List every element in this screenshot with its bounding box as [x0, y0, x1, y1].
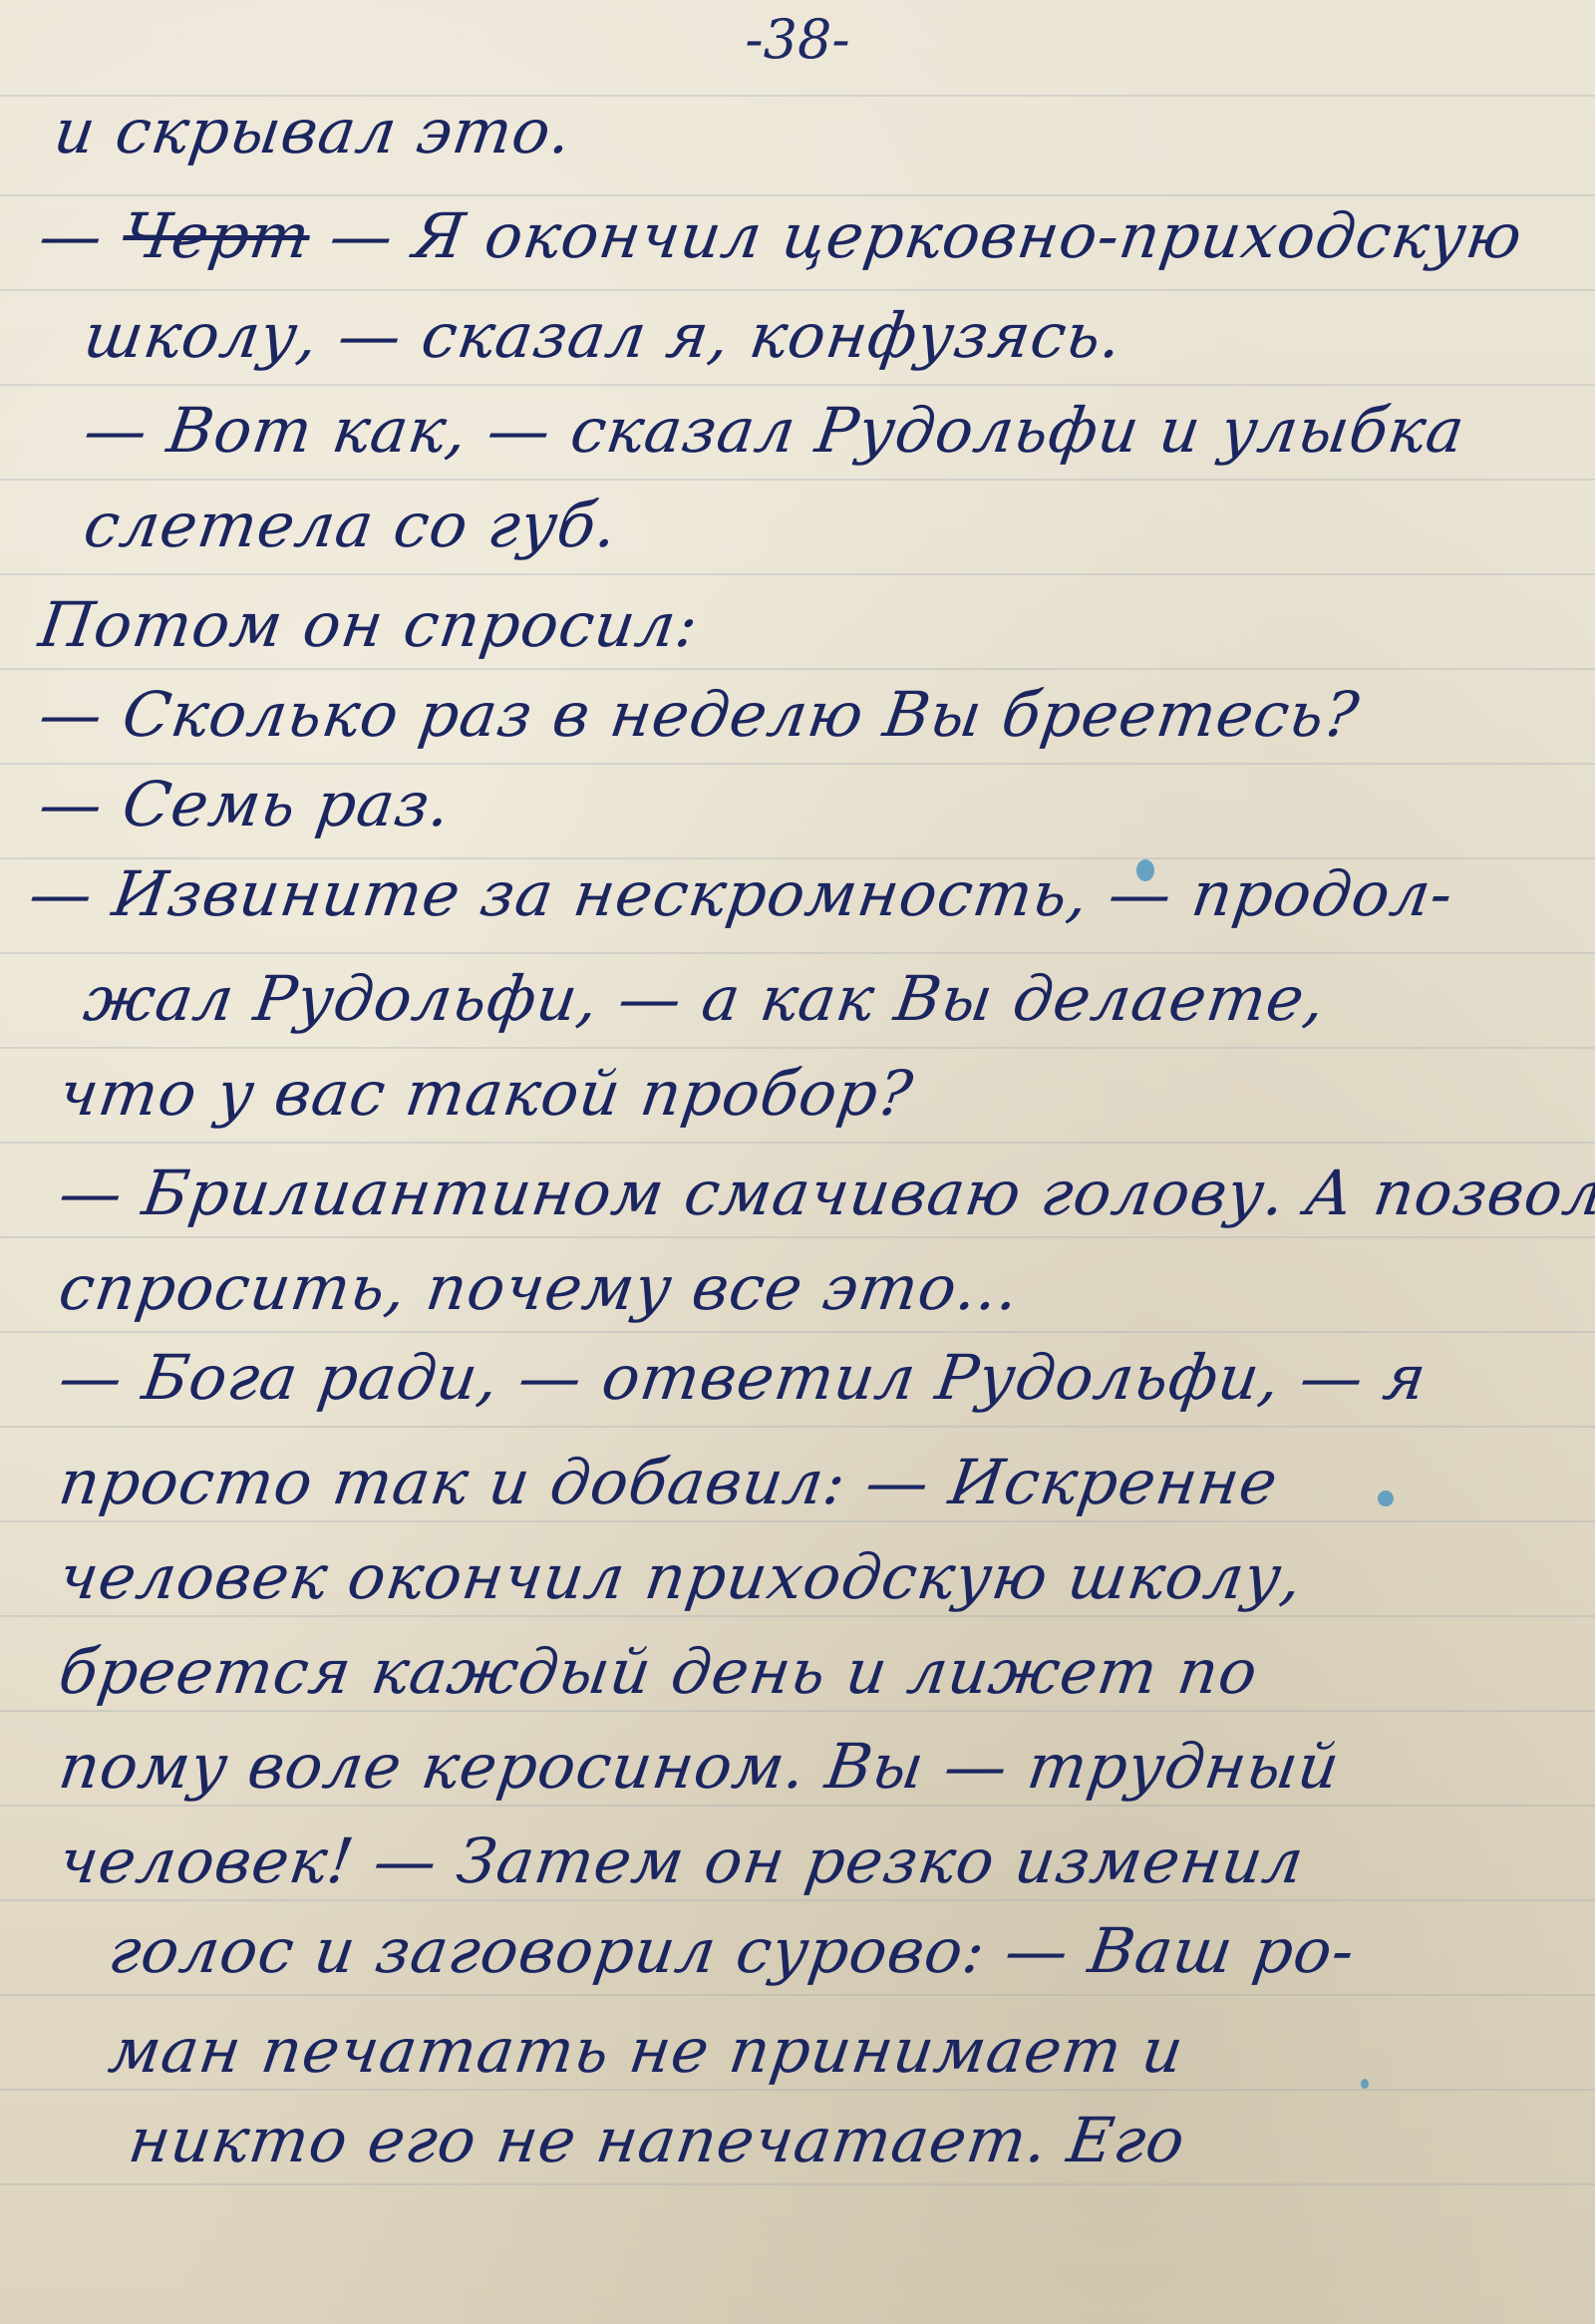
manuscript-line: пому воле керосином. Вы — трудный — [55, 1730, 1345, 1803]
manuscript-line: голос и заговорил сурово: — Ваш ро- — [105, 1914, 1360, 1987]
manuscript-line: — Бога ради, — ответил Рудольфи, — я — [55, 1341, 1432, 1414]
manuscript-line: слетела со губ. — [80, 489, 622, 561]
ruled-line — [0, 2089, 1595, 2091]
dash: — — [35, 199, 129, 272]
ink-blot — [1378, 1491, 1394, 1506]
ruled-line — [0, 1142, 1595, 1144]
ruled-line — [0, 479, 1595, 481]
ink-blot — [1136, 859, 1154, 881]
ruled-line — [0, 1994, 1595, 1996]
ruled-line — [0, 2183, 1595, 2185]
page-number: -38- — [0, 8, 1595, 71]
manuscript-line: — Вот как, — сказал Рудольфи и улыбка — [80, 394, 1469, 467]
ruled-line — [0, 194, 1595, 196]
manuscript-line: — Сколько раз в неделю Вы бреетесь? — [35, 678, 1364, 751]
ruled-line — [0, 573, 1595, 575]
ink-blot — [1361, 2079, 1369, 2089]
manuscript-line: — Семь раз. — [35, 768, 456, 840]
line-text: — Я окончил церковно-приходскую — [305, 199, 1527, 272]
struck-word: Черт — [119, 199, 315, 272]
ruled-line — [0, 1331, 1595, 1333]
ruled-line — [0, 668, 1595, 670]
manuscript-line: человек окончил приходскую школу, — [55, 1540, 1307, 1613]
ruled-line — [0, 1899, 1595, 1901]
ruled-line — [0, 1520, 1595, 1522]
manuscript-line: никто его не напечатает. Его — [125, 2104, 1190, 2176]
ruled-line — [0, 1805, 1595, 1807]
ruled-line — [0, 952, 1595, 954]
manuscript-line: — Извините за нескромность, — продол- — [25, 857, 1458, 930]
ruled-line — [0, 1426, 1595, 1428]
manuscript-line: что у вас такой пробор? — [55, 1057, 918, 1130]
manuscript-line: — Черт — Я окончил церковно-приходскую — [35, 199, 1527, 272]
manuscript-line: и скрывал это. — [50, 95, 577, 167]
manuscript-line: просто так и добавил: — Искренне — [55, 1446, 1283, 1518]
ruled-line — [0, 1236, 1595, 1238]
ruled-line — [0, 384, 1595, 386]
manuscript-line: бреется каждый день и лижет по — [55, 1635, 1263, 1708]
manuscript-line: Потом он спросил: — [35, 588, 703, 661]
ruled-line — [0, 1615, 1595, 1617]
ruled-line — [0, 1710, 1595, 1712]
manuscript-line: жал Рудольфи, — а как Вы делаете, — [80, 962, 1330, 1035]
manuscript-line: человек! — Затем он резко изменил — [55, 1825, 1309, 1897]
manuscript-line: школу, — сказал я, конфузясь. — [80, 299, 1127, 372]
manuscript-line: — Брилиантином смачиваю голову. А позвол… — [55, 1157, 1595, 1229]
ruled-line — [0, 763, 1595, 765]
ruled-line — [0, 289, 1595, 291]
manuscript-line: ман печатать не принимает и — [105, 2014, 1188, 2087]
manuscript-line: спросить, почему все это... — [55, 1251, 1024, 1324]
ruled-line — [0, 1047, 1595, 1049]
